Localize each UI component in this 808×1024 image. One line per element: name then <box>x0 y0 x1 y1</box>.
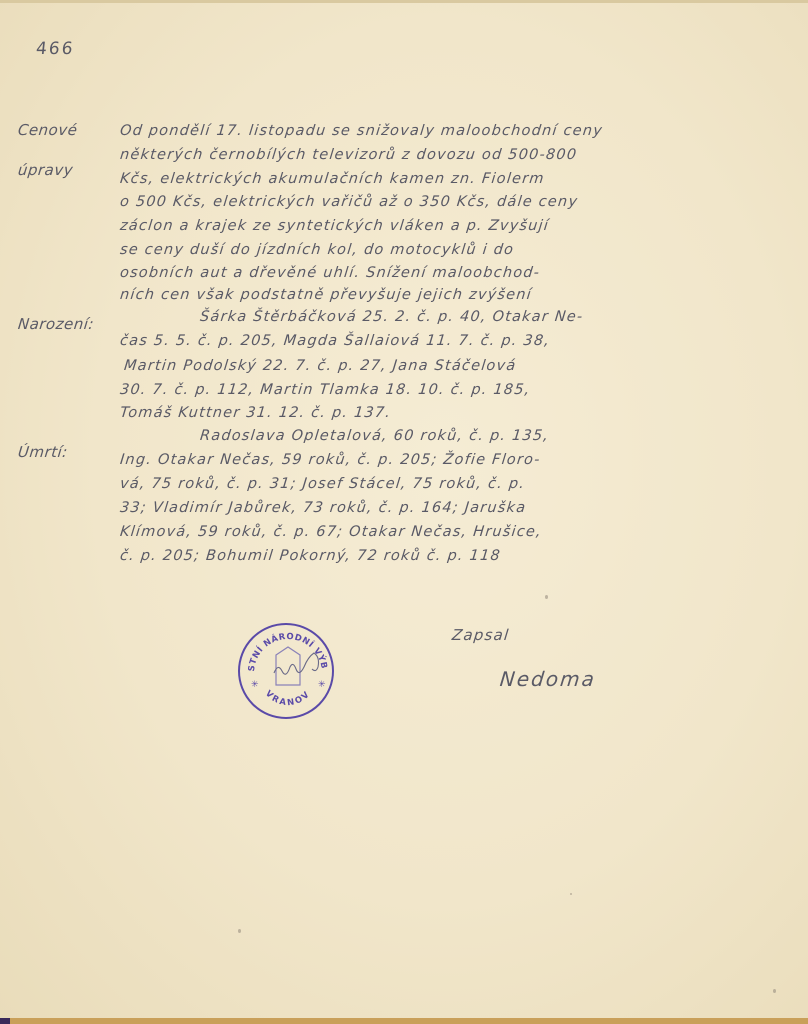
svg-text:✳: ✳ <box>318 680 326 690</box>
birth-line: Martin Podolský 22. 7. č. p. 27, Jana St… <box>123 358 517 374</box>
margin-label-deaths: Úmrtí: <box>17 443 69 461</box>
death-line: Radoslava Opletalová, 60 roků, č. p. 135… <box>199 428 550 444</box>
death-line: 33; Vladimír Jabůrek, 73 roků, č. p. 164… <box>119 500 527 516</box>
death-line: Klímová, 59 roků, č. p. 67; Otakar Nečas… <box>119 524 543 540</box>
margin-label-price-changes-2: úpravy <box>17 161 74 179</box>
price-line: Kčs, elektrických akumulačních kamen zn.… <box>119 171 545 187</box>
price-line: ních cen však podstatně převyšuje jejich… <box>119 287 533 303</box>
price-line: o 500 Kčs, elektrických vařičů až o 350 … <box>119 194 579 210</box>
price-line: se ceny duší do jízdních kol, do motocyk… <box>119 242 515 258</box>
price-line: některých černobílých televizorů z dovoz… <box>119 147 578 163</box>
birth-line: Tomáš Kuttner 31. 12. č. p. 137. <box>119 405 392 421</box>
paper-speck <box>773 989 776 993</box>
margin-label-births: Narození: <box>17 315 95 333</box>
recorded-by-label: Zapsal <box>451 626 510 644</box>
official-stamp: MÍSTNÍ NÁRODNÍ VÝBOR VRANOV ✳ ✳ <box>238 623 334 719</box>
death-line: Ing. Otakar Nečas, 59 roků, č. p. 205; Ž… <box>119 452 541 468</box>
svg-text:MÍSTNÍ NÁRODNÍ VÝBOR: MÍSTNÍ NÁRODNÍ VÝBOR <box>240 625 329 672</box>
price-line: osobních aut a dřevěné uhlí. Snížení mal… <box>119 265 541 281</box>
paper-speck <box>238 929 241 933</box>
death-line: vá, 75 roků, č. p. 31; Josef Stácel, 75 … <box>119 476 526 492</box>
price-line: záclon a krajek ze syntetických vláken a… <box>119 218 550 234</box>
margin-label-price-changes-1: Cenové <box>17 121 78 139</box>
birth-line: čas 5. 5. č. p. 205, Magda Šallaiová 11.… <box>119 333 551 349</box>
page-number: 466 <box>35 39 76 59</box>
svg-text:✳: ✳ <box>251 680 259 690</box>
svg-text:VRANOV: VRANOV <box>263 689 313 709</box>
price-line: Od pondělí 17. listopadu se snižovaly ma… <box>119 123 604 139</box>
document-page: 466 Cenové úpravy Od pondělí 17. listopa… <box>0 0 808 1024</box>
signature: Nedoma <box>499 667 597 691</box>
birth-line: 30. 7. č. p. 112, Martin Tlamka 18. 10. … <box>119 382 531 398</box>
stamp-emblem-icon: MÍSTNÍ NÁRODNÍ VÝBOR VRANOV ✳ ✳ <box>240 625 336 721</box>
paper-speck <box>545 595 548 599</box>
death-line: č. p. 205; Bohumil Pokorný, 72 roků č. p… <box>119 548 502 564</box>
birth-line: Šárka Štěrbáčková 25. 2. č. p. 40, Otaka… <box>199 309 584 325</box>
paper-speck <box>570 893 572 895</box>
